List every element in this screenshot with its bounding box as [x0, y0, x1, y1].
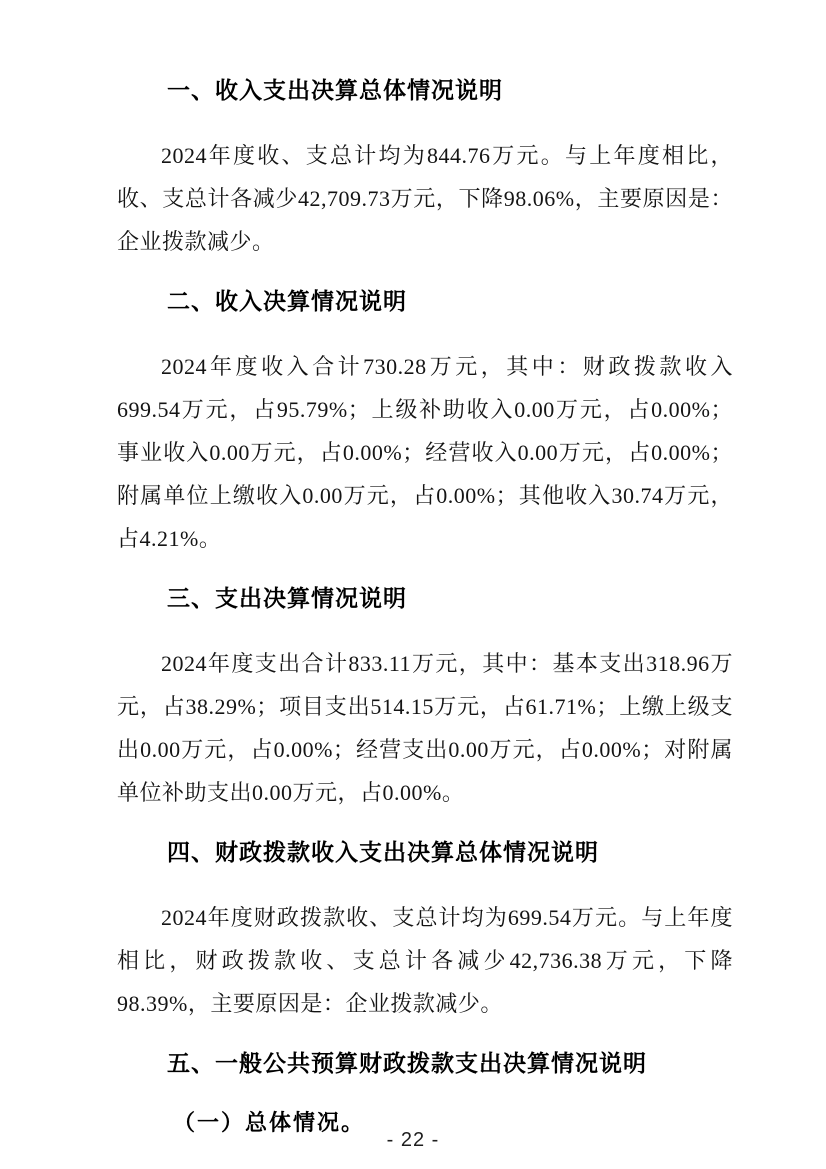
section-3-paragraph: 2024年度支出合计833.11万元，其中：基本支出318.96万元，占38.2… [117, 642, 733, 814]
section-4-heading: 四、财政拨款收入支出决算总体情况说明 [117, 836, 733, 868]
section-expenditure-statement: 三、支出决算情况说明 2024年度支出合计833.11万元，其中：基本支出318… [117, 582, 733, 814]
section-fiscal-appropriation-overview: 四、财政拨款收入支出决算总体情况说明 2024年度财政拨款收、支总计均为699.… [117, 836, 733, 1025]
section-general-public-budget: 五、一般公共预算财政拨款支出决算情况说明 （一）总体情况。 [117, 1047, 733, 1139]
section-1-heading: 一、收入支出决算总体情况说明 [117, 74, 733, 106]
document-page: 一、收入支出决算总体情况说明 2024年度收、支总计均为844.76万元。与上年… [0, 0, 826, 1169]
section-2-paragraph: 2024年度收入合计730.28万元，其中：财政拨款收入699.54万元，占95… [117, 345, 733, 560]
section-1-paragraph: 2024年度收、支总计均为844.76万元。与上年度相比，收、支总计各减少42,… [117, 134, 733, 263]
section-4-paragraph: 2024年度财政拨款收、支总计均为699.54万元。与上年度相比，财政拨款收、支… [117, 896, 733, 1025]
section-5-heading: 五、一般公共预算财政拨款支出决算情况说明 [117, 1047, 733, 1079]
page-number: - 22 - [0, 1129, 826, 1152]
section-income-expenditure-overview: 一、收入支出决算总体情况说明 2024年度收、支总计均为844.76万元。与上年… [117, 74, 733, 263]
section-2-heading: 二、收入决算情况说明 [117, 285, 733, 317]
section-income-statement: 二、收入决算情况说明 2024年度收入合计730.28万元，其中：财政拨款收入6… [117, 285, 733, 560]
section-3-heading: 三、支出决算情况说明 [117, 582, 733, 614]
